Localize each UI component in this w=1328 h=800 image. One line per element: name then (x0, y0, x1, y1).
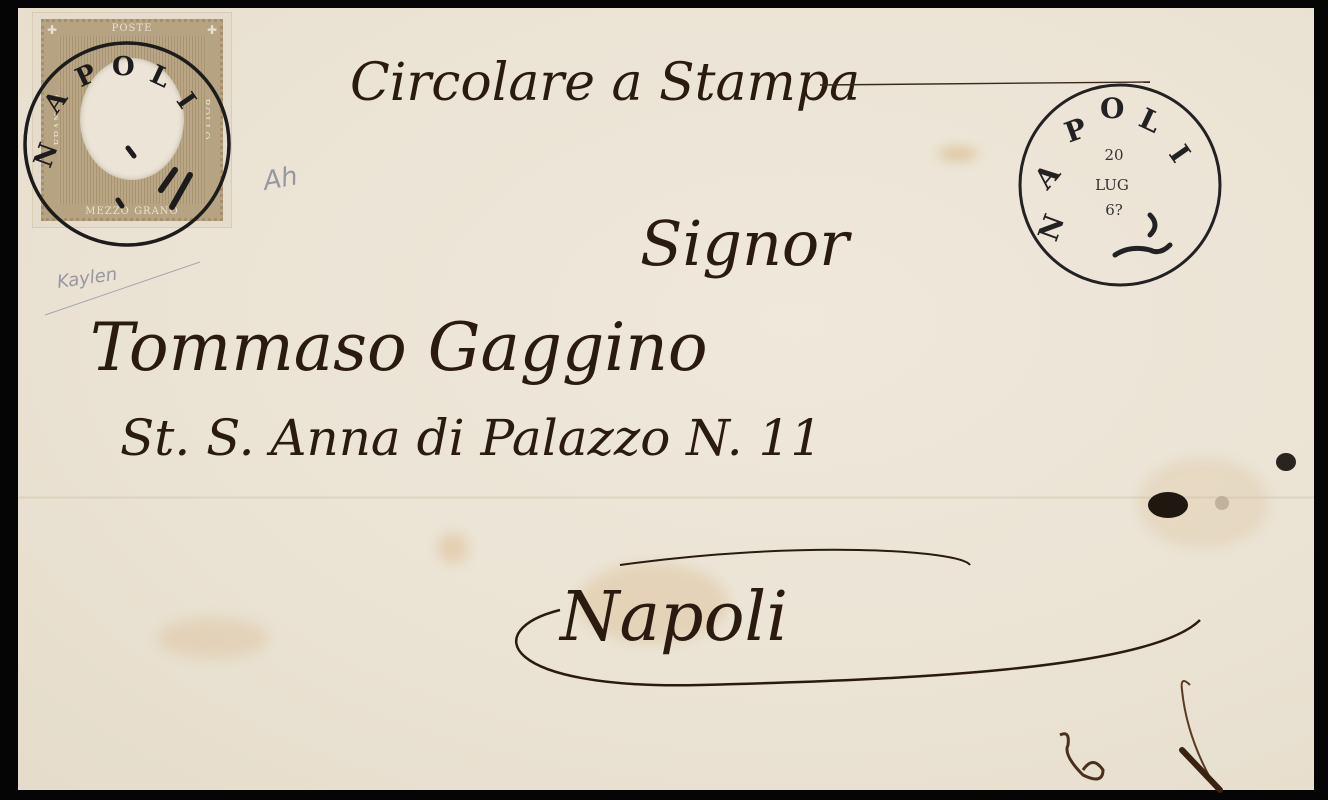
svg-text:I: I (170, 87, 202, 114)
corner-flourish (1060, 734, 1103, 779)
corner-stroke (1182, 750, 1220, 790)
pencil-note: Ah (259, 161, 300, 197)
postmark-month: LUG (1095, 176, 1129, 194)
svg-text:A: A (1027, 157, 1068, 197)
svg-text:I: I (1162, 139, 1197, 169)
svg-text:P: P (71, 58, 101, 93)
postmark-year: 6? (1105, 201, 1123, 219)
svg-text:O: O (112, 52, 135, 82)
ink-blot (1148, 492, 1188, 518)
handwriting-name: Tommaso Gaggino (90, 309, 708, 386)
ink-spot (1215, 496, 1229, 510)
handwriting-address: St. S. Anna di Palazzo N. 11 (120, 409, 822, 467)
flourish-top (620, 550, 970, 565)
svg-text:N: N (28, 139, 64, 172)
handwriting-header: Circolare a Stampa (350, 53, 860, 113)
postmark-day: 20 (1104, 146, 1123, 164)
svg-text:P: P (1060, 111, 1091, 149)
corner-flourish (1182, 681, 1217, 790)
pencil-note: Kaylen (56, 264, 119, 293)
handwriting-salutation: Signor (640, 207, 852, 280)
svg-text:L: L (145, 60, 174, 95)
ink-blot (1276, 453, 1296, 471)
svg-text:L: L (1134, 102, 1166, 140)
handwriting-city: Napoli (558, 578, 788, 657)
svg-text:O: O (1100, 92, 1124, 125)
cover-postmark: N A P O L I 20 LUG 6? (1020, 85, 1220, 285)
stamp-cancel-postmark: N A P O L I (25, 43, 229, 245)
ink-layer: N A P O L I N A P O L I 20 LUG 6? Circol… (0, 0, 1328, 800)
header-underline (820, 82, 1150, 85)
